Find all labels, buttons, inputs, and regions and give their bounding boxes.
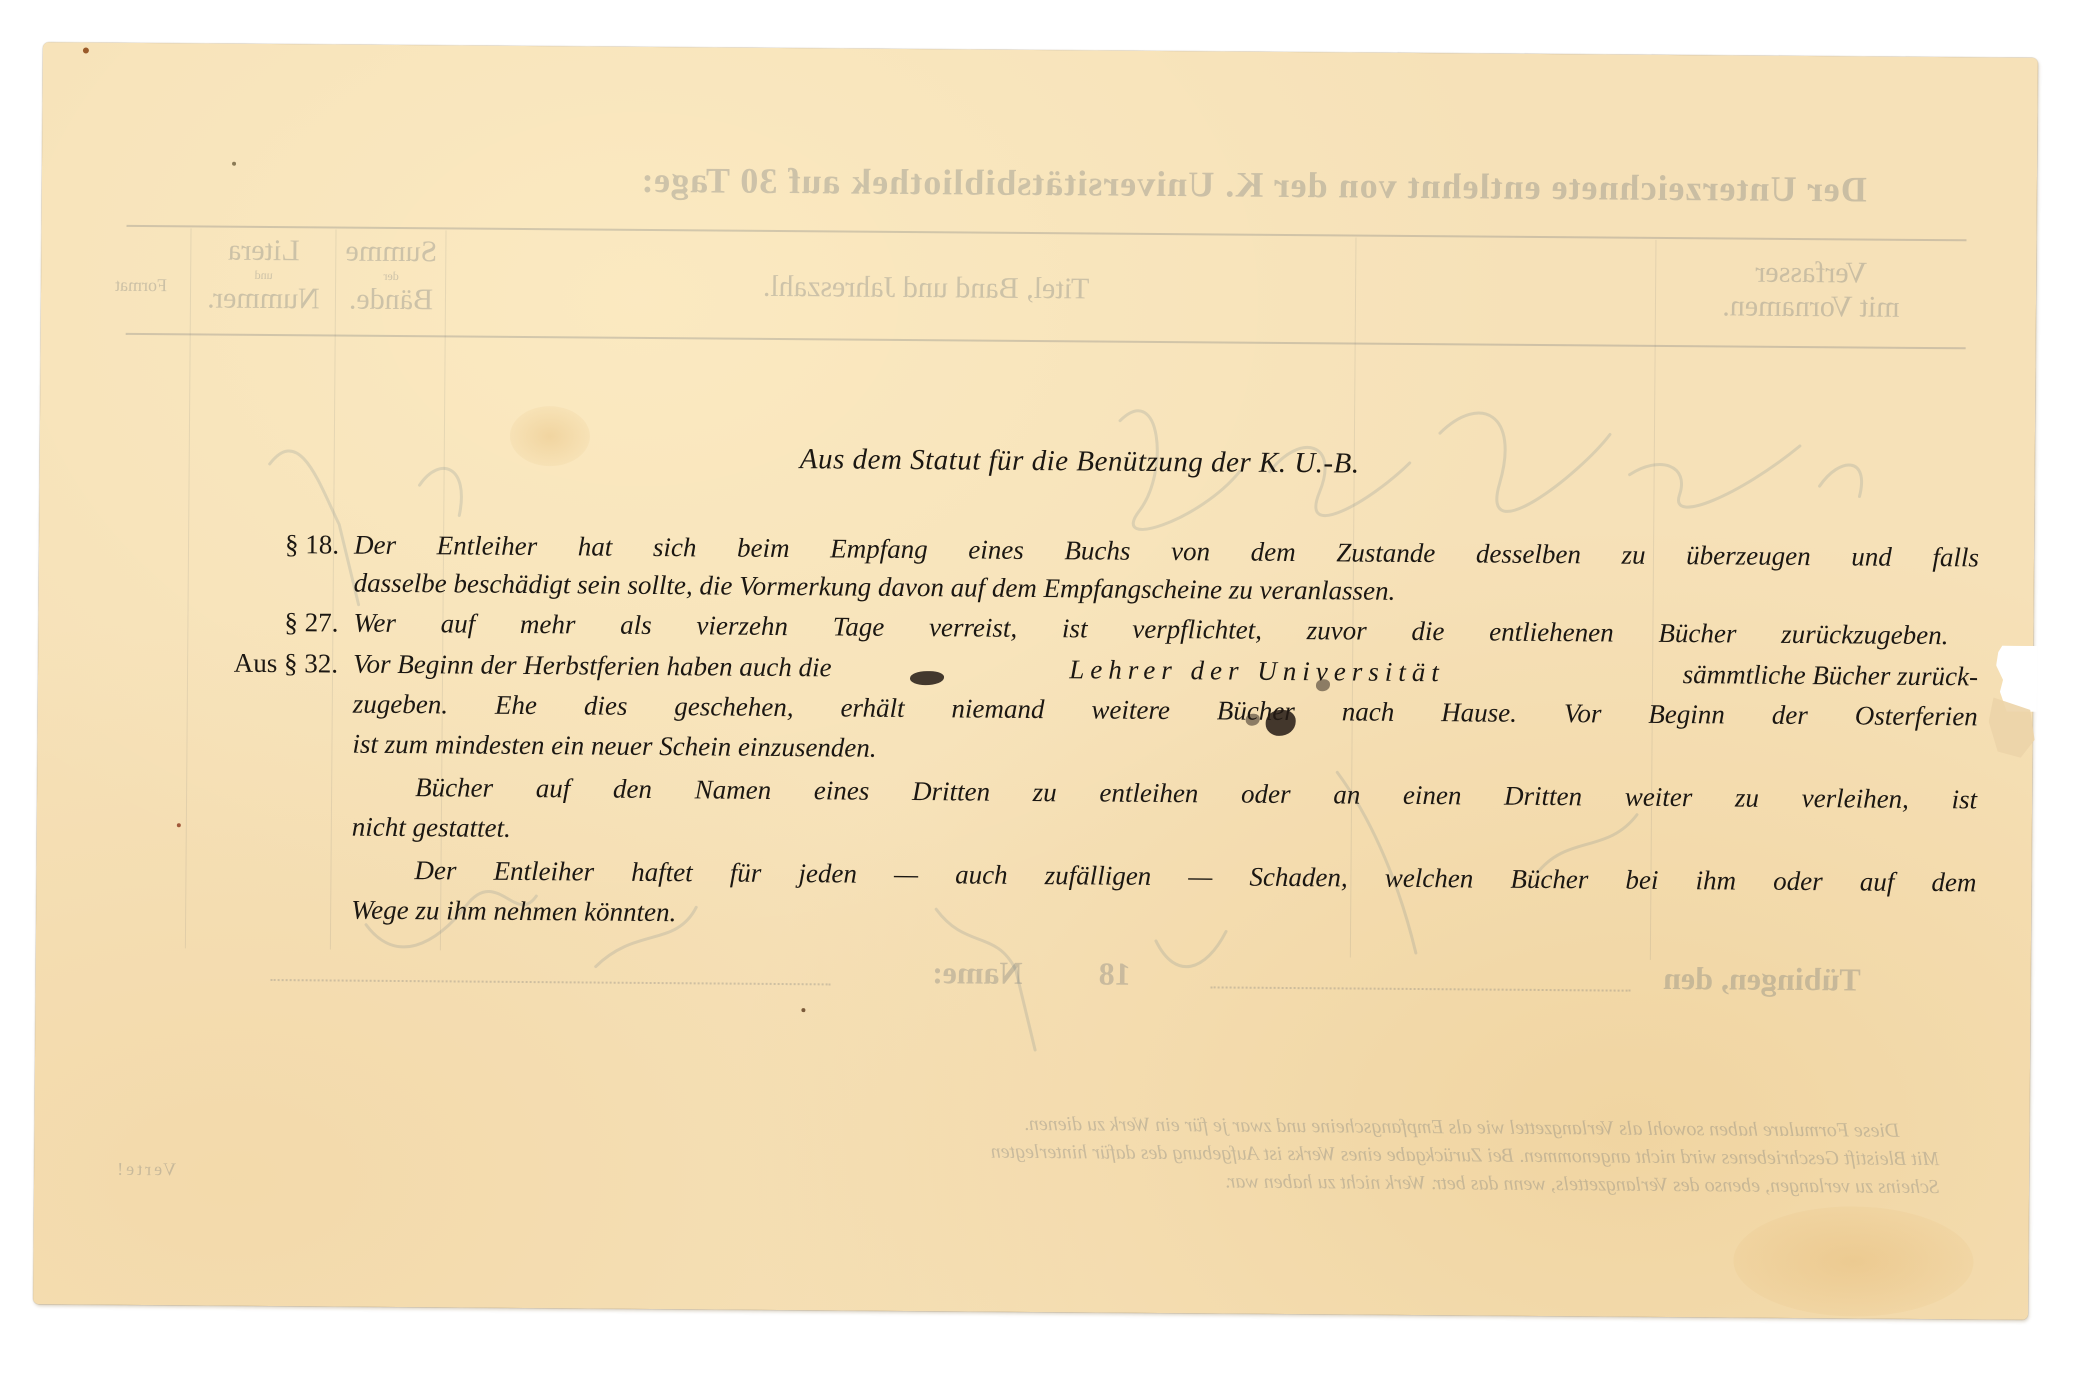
section-label: § 18. — [139, 528, 339, 561]
section-line: Vor Beginn der Herbstferien haben auch d… — [353, 649, 1978, 693]
paragraph-line: Der Entleiher haftet für jeden — auch zu… — [414, 855, 1976, 898]
paragraph-liability: Der Entleiher haftet für jeden — auch zu… — [37, 852, 2032, 868]
section-label: § 27. — [138, 606, 338, 639]
ink-blot — [1266, 710, 1296, 736]
ink-blot — [1316, 679, 1330, 691]
section-line: Der Entleiher hat sich beim Empfang eine… — [354, 530, 1979, 574]
spaced-emphasis: Lehrer der Universität — [1069, 654, 1445, 688]
section-line: zugeben. Ehe dies geschehen, erhält niem… — [353, 689, 1978, 733]
statute-text: Aus dem Statut für die Benützung der K. … — [33, 42, 2038, 1320]
loan-slip-paper: Der Unterzeichnete entlehnt von der K. U… — [33, 42, 2038, 1320]
statute-title: Aus dem Statut für die Benützung der K. … — [680, 442, 1480, 481]
paragraph-line: nicht gestattet. — [352, 812, 1977, 856]
section-line: ist zum mindesten ein neuer Schein einzu… — [352, 729, 1977, 773]
paragraph-line: Bücher auf den Namen eines Dritten zu en… — [415, 772, 1977, 815]
paragraph-third-party: Bücher auf den Namen eines Dritten zu en… — [37, 769, 2032, 785]
section-18: § 18. Der Entleiher hat sich beim Empfan… — [39, 527, 2034, 543]
section-label: Aus § 32. — [138, 647, 338, 680]
paragraph-line: Wege zu ihm nehmen könnten. — [351, 895, 1976, 939]
section-line: dasselbe beschädigt sein sollte, die Vor… — [354, 568, 1854, 611]
section-line: Wer auf mehr als vierzehn Tage verreist,… — [353, 608, 1948, 652]
